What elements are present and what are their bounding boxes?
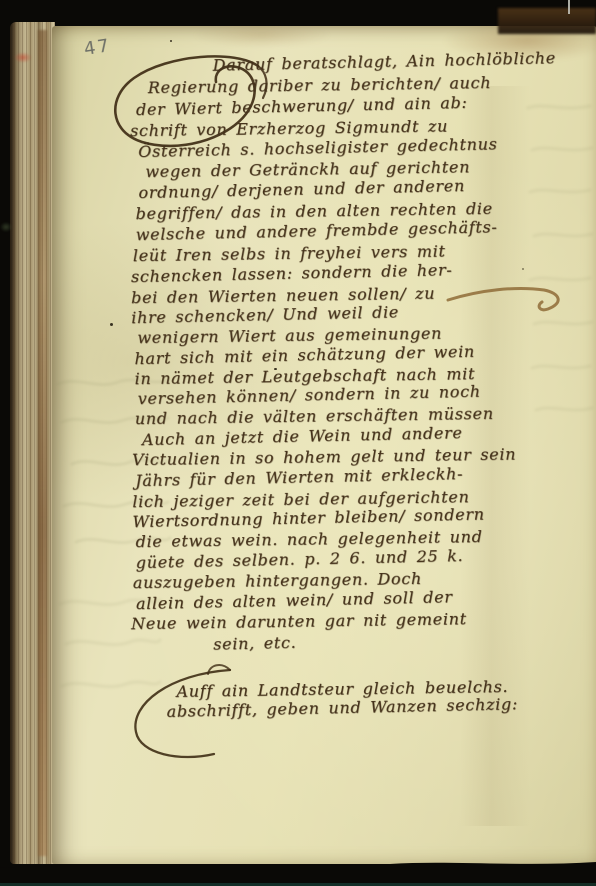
dust-speck bbox=[522, 268, 524, 270]
manuscript-line: Neue wein darunten gar nit gemeint bbox=[131, 609, 467, 633]
manuscript-line: Darauf beratschlagt, Ain hochlöbliche bbox=[212, 48, 556, 74]
edge-brown-streak bbox=[38, 30, 47, 856]
handwriting-block: Darauf beratschlagt, Ain hochlöbliche Re… bbox=[52, 26, 596, 864]
top-right-smudge bbox=[498, 8, 596, 34]
film-scratch bbox=[568, 0, 570, 14]
manuscript-line: der Wiert beschwerung/ und ain ab: bbox=[136, 93, 468, 119]
dust-speck bbox=[274, 368, 277, 370]
edge-green-mark bbox=[0, 222, 12, 232]
parchment-page: 47 Darauf beratschlagt, Ain hochlöbliche… bbox=[52, 26, 596, 864]
manuscript-photo: 47 Darauf beratschlagt, Ain hochlöbliche… bbox=[0, 0, 596, 886]
dust-speck bbox=[170, 40, 172, 42]
manuscript-line: sein, etc. bbox=[213, 633, 297, 654]
page-bottom-edge bbox=[0, 850, 596, 886]
dust-speck bbox=[110, 323, 113, 326]
book-page-edges bbox=[10, 22, 55, 864]
edge-red-pigment-mark bbox=[14, 52, 32, 63]
